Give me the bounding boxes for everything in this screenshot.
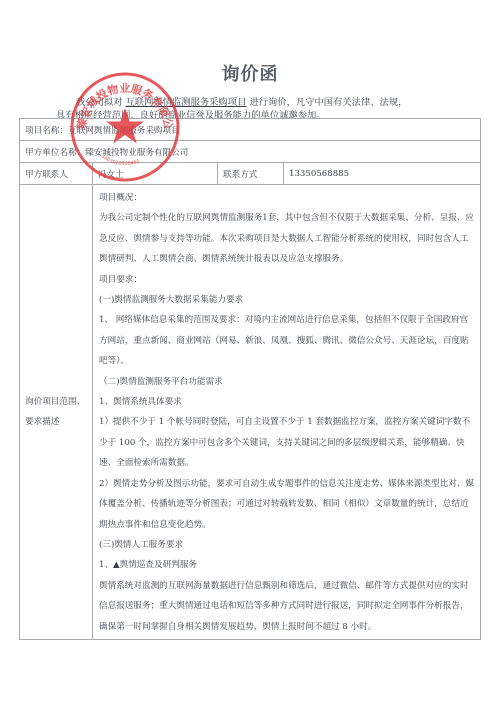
- section2-item1: 1）提供不少于 1 个帐号同时登陆，可自主设置不少于 1 套数据监控方案，监控方…: [99, 412, 474, 473]
- project-name-value: 互联网舆情监测服务采购项目: [68, 126, 180, 136]
- row-contact: 甲方联系人 冯女士 联系方式 13350568885: [20, 163, 481, 185]
- party-a-label: 甲方单位名称：: [25, 148, 85, 158]
- scope-label-line-1: 询价项目范围、: [25, 392, 87, 412]
- section2-title: （二)舆情监测服务平台功能需求: [99, 372, 474, 392]
- section2-item2: 2）舆情走势分析及图示功能，要求可自动生成专题事件的信息关注度走势、媒体来源类型…: [99, 474, 474, 535]
- document-title: 询价函: [0, 60, 500, 86]
- section3-title: (三)舆情人工服务要求: [99, 535, 474, 555]
- row-project-name: 项目名称：互联网舆情监测服务采购项目: [20, 119, 481, 141]
- contact-person-value: 冯女士: [93, 163, 218, 185]
- scope-label: 询价项目范围、 要求描述: [20, 185, 93, 640]
- contact-method-label: 联系方式: [218, 163, 284, 185]
- intro-line-1: 我公司拟对互联网舆情监测服务采购项目进行询价，凡守中国有关法律、法规，: [76, 94, 407, 108]
- row-party-a: 甲方单位名称：臻安城投物业服务有限公司: [20, 141, 481, 163]
- overview-heading: 项目概况：: [99, 188, 474, 208]
- contact-person-label: 甲方联系人: [20, 163, 93, 185]
- party-a-value: 臻安城投物业服务有限公司: [85, 148, 188, 158]
- scope-label-line-2: 要求描述: [25, 412, 87, 432]
- overview-text: 为我公司定制个性化的互联网舆情监测服务1套，其中包含但不仅限于大数据采集、分析、…: [99, 208, 474, 269]
- project-name-label: 项目名称：: [25, 126, 68, 136]
- requirements-heading: 项目要求：: [99, 270, 474, 290]
- inquiry-table: 项目名称：互联网舆情监测服务采购项目 甲方单位名称：臻安城投物业服务有限公司 甲…: [19, 118, 481, 640]
- section1-title: (一)舆情监测服务大数据采集能力要求: [99, 290, 474, 310]
- section2-sub: 1、舆情系统具体要求: [99, 392, 474, 412]
- section3-text: 舆情系统对监测的互联网海量数据进行信息甄别和筛选后，通过微信、邮件等方式提供对应…: [99, 576, 474, 637]
- contact-method-value: 13350568885: [284, 163, 481, 185]
- scope-description: 项目概况： 为我公司定制个性化的互联网舆情监测服务1套，其中包含但不仅限于大数据…: [93, 185, 481, 640]
- section1-item1: 1、 网络媒体信息采集的范围及要求：对境内主流网站进行信息采集，包括但不仅限于全…: [99, 310, 474, 371]
- section3-sub: 1、▲舆情巡查及研判服务: [99, 555, 474, 575]
- row-scope: 询价项目范围、 要求描述 项目概况： 为我公司定制个性化的互联网舆情监测服务1套…: [20, 185, 481, 640]
